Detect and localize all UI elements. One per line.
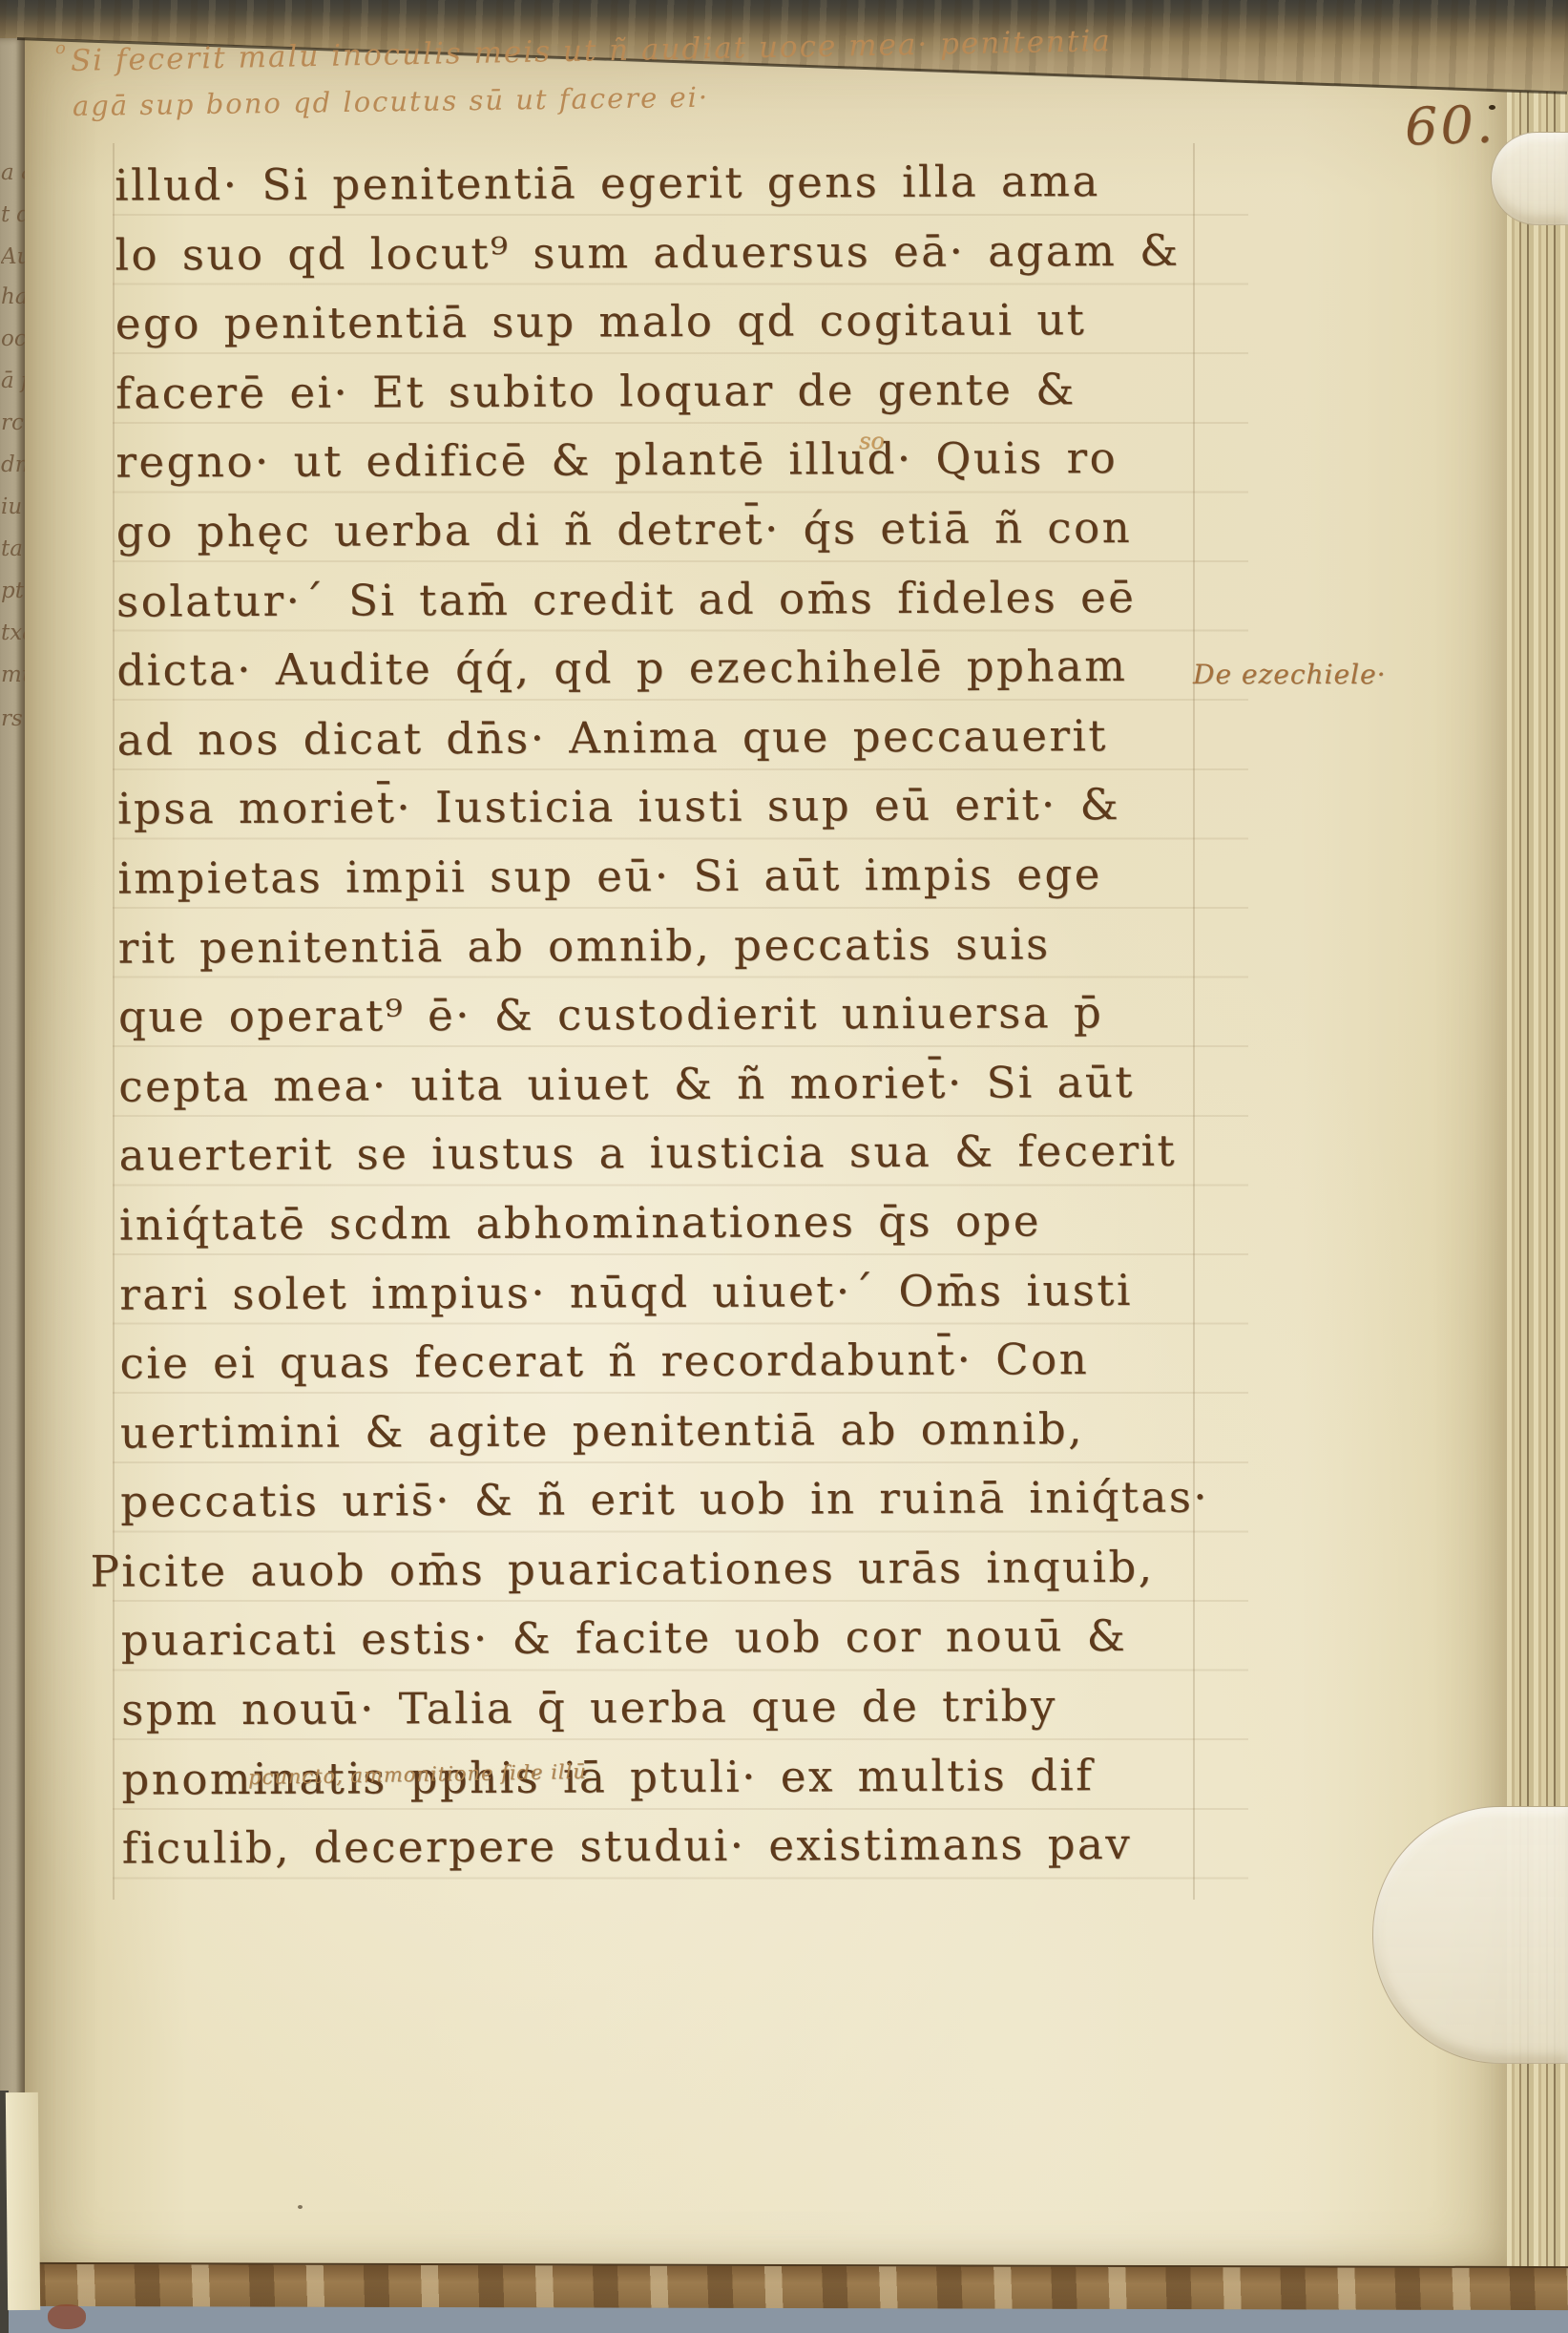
text-line: Picite auob om̄s puaricationes urās inqu…	[90, 1532, 1256, 1607]
text-line: peccatis uris̄· & ñ erit uob in ruinā in…	[120, 1463, 1256, 1538]
text-line: ficulib, decerpere studui· existimans pa…	[122, 1810, 1258, 1884]
text-line: ego penitentiā sup malo qd cogitaui ut	[115, 285, 1251, 360]
margin-note-ezechiele: De ezechiele·	[1193, 659, 1386, 690]
facing-page-fragment: hau	[1, 284, 25, 309]
text-line: puaricati estis· & facite uob cor nouū &	[121, 1602, 1257, 1676]
facing-page-fragment: rs	[1, 706, 25, 731]
text-line: rari solet impius· nūqd uiuet·ˊ Om̄s ius…	[119, 1255, 1255, 1330]
text-line: impietas impii sup eū· Si aūt impis ege	[117, 839, 1253, 914]
binding-leather-spot	[48, 2304, 86, 2329]
bottom-left-page-edge	[6, 2092, 40, 2310]
book-bottom-edge	[21, 2262, 1568, 2310]
ink-speck	[298, 2205, 303, 2209]
folio-number: 60.	[1404, 94, 1496, 157]
facing-page-fragment: ptu	[1, 578, 25, 603]
text-line: dicta· Audite q́q́, qd p ezechihelē ppha…	[116, 632, 1252, 706]
text-line: facerē ei· Et subito loquar de gente &	[115, 354, 1251, 429]
facing-page-fragment: rcu	[1, 410, 25, 435]
facing-page-fragment: dm	[1, 452, 25, 477]
text-line: iniq́tatē scdm abhominationes q̄s ope	[119, 1186, 1255, 1260]
facing-page-fragment: mu	[1, 662, 25, 687]
text-line: que operat⁹ ē· & custodierit uniuersa p̄	[118, 978, 1254, 1053]
text-line: rit penitentiā ab omnib, peccatis suis	[118, 909, 1254, 983]
facing-page-fragment: t d	[1, 202, 25, 227]
facing-page-fragment: ocan	[1, 326, 25, 351]
main-text-block: illud· Si penitentiā egerit gens illa am…	[115, 146, 1258, 1883]
text-line: auerterit se iustus a iusticia sua & fec…	[118, 1117, 1254, 1191]
text-line: go phęc uerba di ñ detret̄· q́s etiā ñ c…	[116, 493, 1252, 567]
facing-page-fragment: txan	[1, 620, 25, 645]
text-line: regno· ut edificē & plantē illud· Quis r…	[115, 424, 1251, 498]
gutter-facing-page-strip: a & t d Aud hau ocan ā fu rcu dm iu ta f…	[0, 38, 26, 2281]
facing-page-fragment: Aud	[1, 244, 25, 269]
text-line: uertimini & agite penitentiā ab omnib,	[120, 1394, 1256, 1468]
text-line: solatur·ˊ Si tam̄ credit ad om̄s fideles…	[116, 562, 1252, 637]
text-line: cie ei quas fecerat ñ recordabunt̄· Con	[119, 1324, 1255, 1398]
text-line: ad nos dicat dn̄s· Anima que peccauerit	[117, 701, 1253, 775]
facing-page-fragment: ā fu	[1, 368, 25, 393]
text-line: spm nouū· Talia q̄ uerba que de triby	[121, 1671, 1257, 1745]
facing-page-fragment: iu	[1, 494, 25, 519]
text-line: ipsa moriet̄· Iusticia iusti sup eū erit…	[117, 770, 1253, 845]
manuscript-photo: a & t d Aud hau ocan ā fu rcu dm iu ta f…	[0, 0, 1568, 2333]
interlinear-gloss-so: so	[859, 428, 885, 454]
text-line: illud· Si penitentiā egerit gens illa am…	[115, 146, 1250, 221]
header-annotation-mark: o	[55, 38, 68, 58]
facing-page-fragment: ta fu	[1, 536, 25, 561]
margin-rule-left	[113, 143, 115, 1900]
facing-page-fragment: a &	[1, 160, 25, 185]
text-line: lo suo qd locut⁹ sum aduersus eā· agam &	[115, 216, 1250, 290]
text-line: cepta mea· uita uiuet & ñ moriet̄· Si aū…	[118, 1047, 1254, 1122]
